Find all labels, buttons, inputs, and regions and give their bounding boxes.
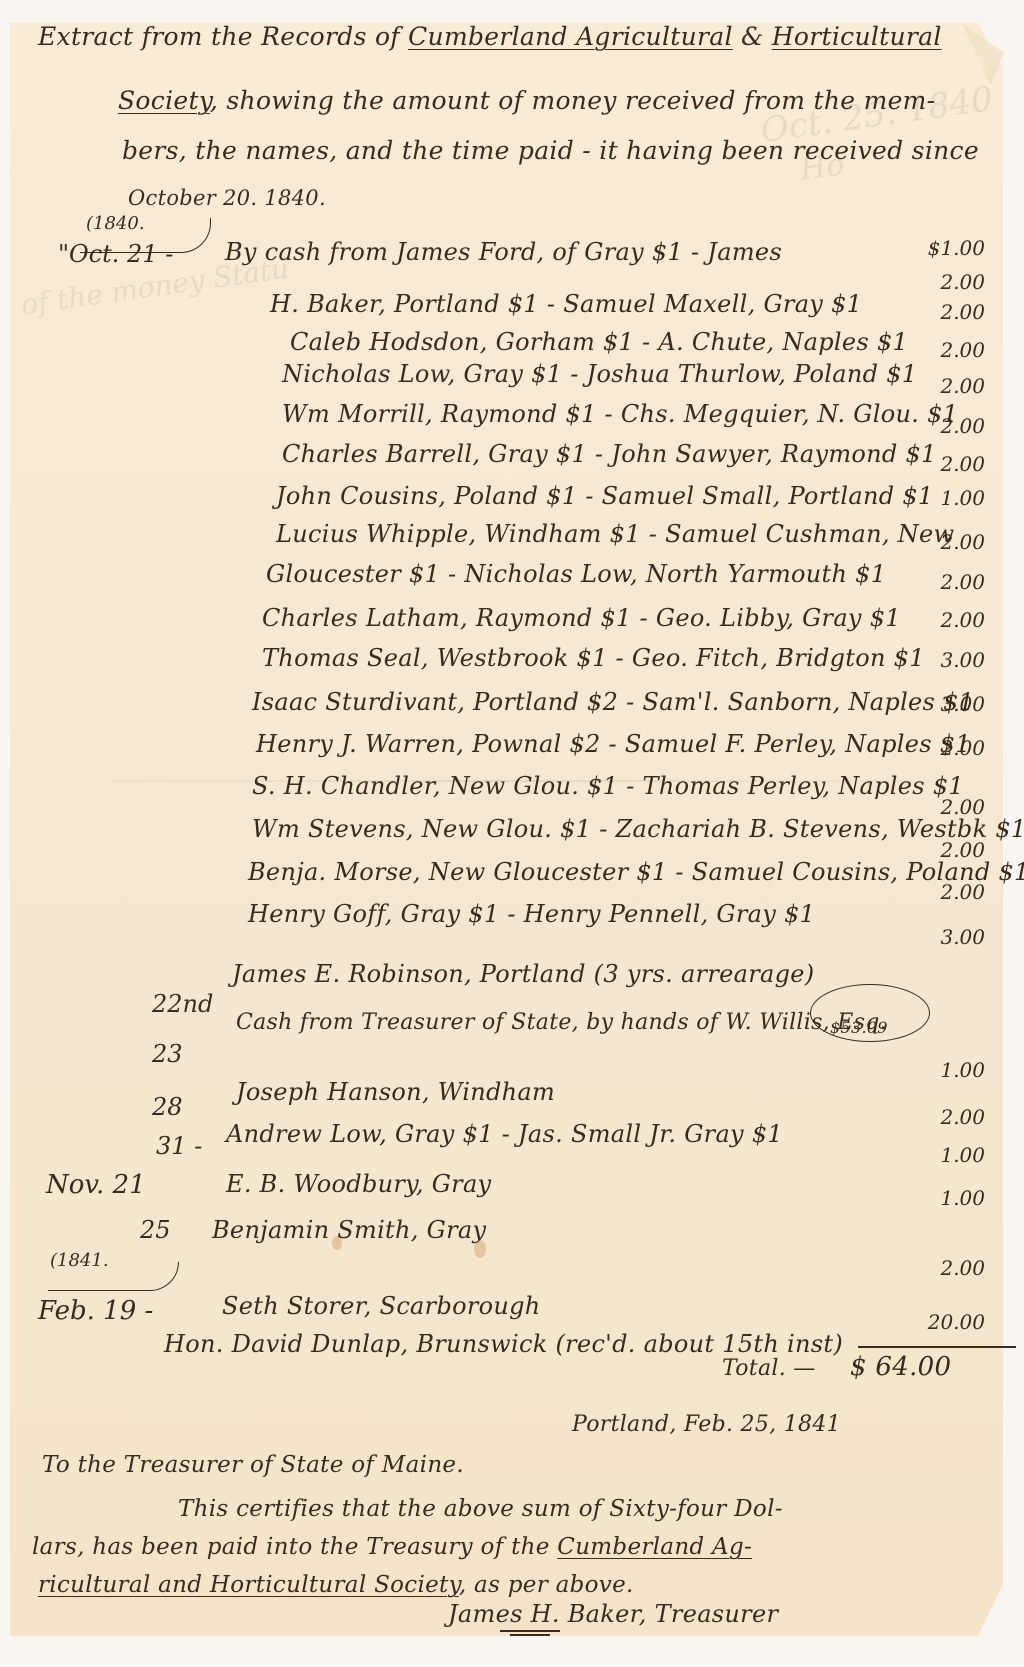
ledger-entry: John Cousins, Poland $1 - Samuel Small, … — [276, 482, 933, 510]
header-line-1: Extract from the Records of Cumberland A… — [38, 22, 942, 51]
ink-stain — [332, 1236, 342, 1250]
ledger-entry: S. H. Chandler, New Glou. $1 - Thomas Pe… — [252, 772, 964, 800]
entry-amount: 2.00 — [895, 338, 985, 362]
entry-date: 22nd — [152, 990, 213, 1018]
ledger-entry: James E. Robinson, Portland (3 yrs. arre… — [232, 960, 814, 988]
entry-amount: 2.00 — [895, 736, 985, 760]
society-name-underlined: Cumberland Ag- — [557, 1534, 752, 1560]
ledger-entry: Gloucester $1 - Nicholas Low, North Yarm… — [266, 560, 886, 588]
ledger-entry: Henry Goff, Gray $1 - Henry Pennell, Gra… — [248, 900, 815, 928]
ledger-entry: Henry J. Warren, Pownal $2 - Samuel F. P… — [256, 730, 971, 758]
ledger-entry: Thomas Seal, Westbrook $1 - Geo. Fitch, … — [262, 644, 925, 672]
certification-text: lars, has been paid into the Treasury of… — [32, 1534, 557, 1560]
total-label: Total. — — [722, 1356, 816, 1381]
entry-amount: 1.00 — [895, 1186, 985, 1210]
ledger-entry: Charles Barrell, Gray $1 - John Sawyer, … — [282, 440, 937, 468]
entry-amount: 2.00 — [895, 838, 985, 862]
certification-text: , as per above. — [459, 1572, 634, 1598]
ledger-entry: E. B. Woodbury, Gray — [226, 1170, 491, 1198]
entry-amount: 1.00 — [895, 1143, 985, 1167]
entry-amount: 2.00 — [895, 1256, 985, 1280]
entry-amount: 2.00 — [895, 880, 985, 904]
ledger-entry: H. Baker, Portland $1 - Samuel Maxell, G… — [270, 290, 862, 318]
entry-amount: 20.00 — [895, 1310, 985, 1334]
entry-amount: 3.00 — [895, 692, 985, 716]
entry-amount: 2.00 — [895, 608, 985, 632]
entry-date: Feb. 19 - — [38, 1296, 153, 1326]
ledger-entry: Cash from Treasurer of State, by hands o… — [236, 1010, 887, 1035]
treasurer-signature: James H. Baker, Treasurer — [448, 1600, 778, 1628]
entry-date: 28 — [152, 1093, 183, 1121]
society-name-underlined: Cumberland Agricultural — [408, 22, 733, 51]
entry-amount: 2.00 — [895, 270, 985, 294]
entry-date: 31 - — [156, 1132, 202, 1160]
entry-date: Nov. 21 — [46, 1170, 146, 1200]
entry-amount: 2.00 — [895, 1105, 985, 1129]
signature-flourish — [500, 1630, 560, 1632]
ledger-entry: Seth Storer, Scarborough — [222, 1292, 541, 1320]
entry-amount: 2.00 — [895, 414, 985, 438]
total-rule — [858, 1346, 1016, 1348]
year-bracket — [48, 1262, 179, 1291]
entry-amount: 2.00 — [895, 530, 985, 554]
ledger-entry: Hon. David Dunlap, Brunswick (rec'd. abo… — [164, 1330, 843, 1358]
addressee: To the Treasurer of State of Maine. — [42, 1452, 464, 1478]
entry-amount: 1.00 — [895, 1058, 985, 1082]
entry-amount: 2.00 — [895, 452, 985, 476]
certification-body: lars, has been paid into the Treasury of… — [32, 1534, 752, 1560]
header-text: & — [733, 22, 772, 51]
ledger-entry: Charles Latham, Raymond $1 - Geo. Libby,… — [262, 604, 901, 632]
entry-date: 23 — [152, 1040, 183, 1068]
ink-stain — [474, 1240, 486, 1258]
entry-date: 25 — [140, 1216, 171, 1244]
ledger-entry: Wm Morrill, Raymond $1 - Chs. Megquier, … — [282, 400, 958, 428]
header-line-2: Society, showing the amount of money rec… — [118, 86, 935, 115]
entry-amount: 2.00 — [895, 795, 985, 819]
entry-amount: 3.00 — [895, 925, 985, 949]
ledger-entry: Lucius Whipple, Windham $1 - Samuel Cush… — [276, 520, 954, 548]
entry-amount: 2.00 — [895, 570, 985, 594]
certification-body: This certifies that the above sum of Six… — [178, 1496, 783, 1522]
ledger-entry: Isaac Sturdivant, Portland $2 - Sam'l. S… — [252, 688, 974, 716]
ledger-entry: Andrew Low, Gray $1 - Jas. Small Jr. Gra… — [226, 1120, 783, 1148]
date-oct-21: "Oct. 21 - — [58, 240, 173, 268]
ledger-entry: Nicholas Low, Gray $1 - Joshua Thurlow, … — [282, 360, 917, 388]
society-name-underlined: ricultural — [38, 1572, 151, 1598]
total-value: $ 64.00 — [850, 1352, 951, 1382]
header-line-3: bers, the names, and the time paid - it … — [122, 136, 979, 165]
society-name-underlined: Horticultural Society — [210, 1572, 459, 1598]
signature-flourish — [510, 1634, 550, 1636]
ledger-entry: Benjamin Smith, Gray — [212, 1216, 486, 1244]
society-word-underlined: Society — [118, 86, 210, 115]
entry-amount: 2.00 — [895, 300, 985, 324]
certification-body: ricultural and Horticultural Society, as… — [38, 1572, 634, 1598]
circled-note-amount: $53.09 — [830, 1018, 888, 1037]
entry-amount: 2.00 — [895, 374, 985, 398]
entry-amount: $1.00 — [895, 236, 985, 260]
header-date: October 20. 1840. — [128, 186, 326, 210]
ledger-entry: Caleb Hodsdon, Gorham $1 - A. Chute, Nap… — [290, 328, 908, 356]
place-and-date: Portland, Feb. 25, 1841 — [572, 1412, 841, 1437]
header-text: , showing the amount of money received f… — [210, 86, 936, 115]
society-name-underlined: Horticultural — [772, 22, 942, 51]
ledger-entry: By cash from James Ford, of Gray $1 - Ja… — [225, 238, 782, 266]
certification-text: and — [151, 1572, 210, 1598]
entry-amount: 3.00 — [895, 648, 985, 672]
ledger-entry: Joseph Hanson, Windham — [236, 1078, 555, 1106]
entry-amount: 1.00 — [895, 486, 985, 510]
header-text: Extract from the Records of — [38, 22, 408, 51]
